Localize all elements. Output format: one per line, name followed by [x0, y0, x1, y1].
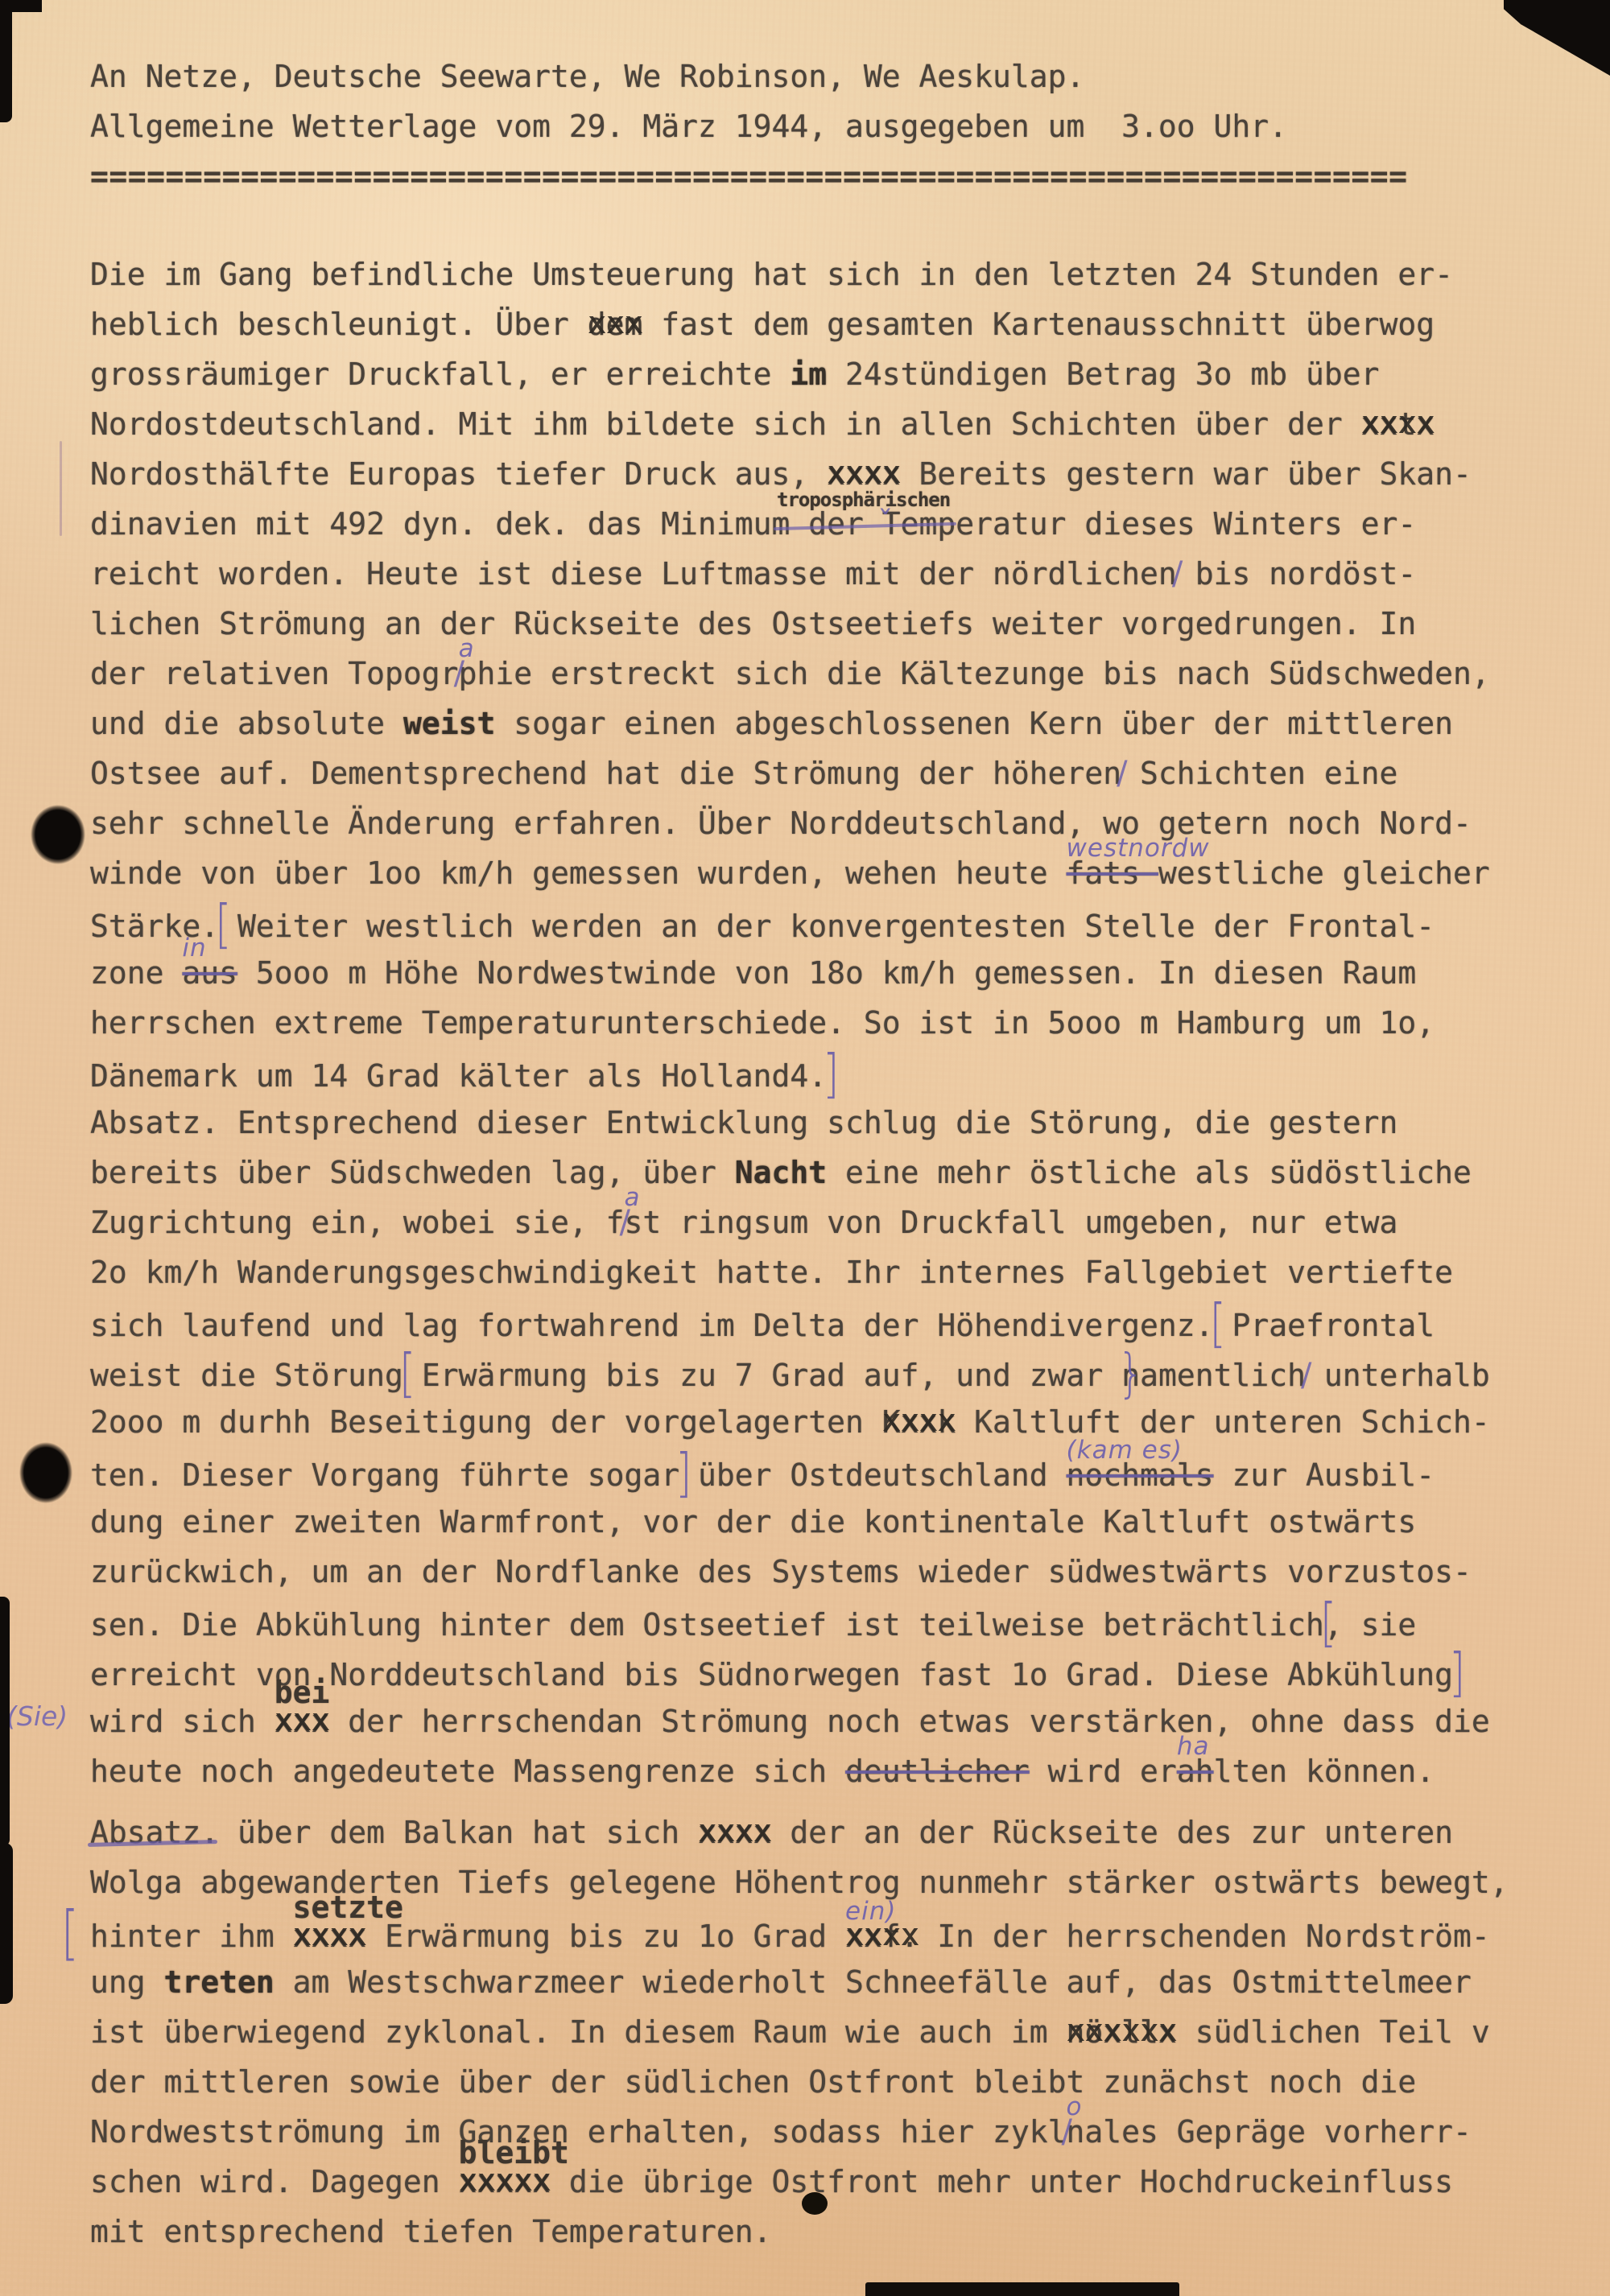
typed-text: 2o km/h Wanderungsgeschwindigkeit hatte.… [90, 1255, 1453, 1290]
typed-text: fast dem gesamten Kartenausschnitt überw… [642, 307, 1435, 342]
document-line: Die im Gang befindliche Umsteuerung hat … [90, 249, 1539, 299]
typed-text: am Westschwarzmeer wiederholt Schneefäll… [275, 1964, 1472, 2000]
document-line: Absatz. Entsprechend dieser Entwicklung … [90, 1098, 1539, 1148]
typed-text: ist überwiegend zyklonal. In diesem Raum… [90, 2014, 1067, 2050]
typed-strikeout: nöxllx [1067, 2007, 1177, 2057]
typed-text: sogar einen abgeschlossenen Kern über de… [495, 706, 1453, 741]
document-line: sehr schnelle Änderung erfahren. Über No… [90, 798, 1539, 848]
typed-text: namentlich [1121, 1358, 1306, 1393]
typed-text: zone [90, 955, 182, 991]
typed-text: zurückwich, um an der Nordflanke des Sys… [90, 1554, 1472, 1589]
typed-text: unterhalb [1306, 1358, 1490, 1393]
document-line: weist die Störung[ Erwärmung bis zu 7 Gr… [90, 1347, 1539, 1397]
document-line: Ostsee auf. Dementsprechend hat die Strö… [90, 748, 1539, 798]
paragraph: Absatz. Entsprechend dieser Entwicklung … [90, 1098, 1539, 1796]
document-line: zurückwich, um an der Nordflanke des Sys… [90, 1547, 1539, 1597]
typed-text: heute noch angedeutete Massengrenze sich [90, 1754, 845, 1789]
document-line: bereits über Südschweden lag, über Nacht… [90, 1148, 1539, 1197]
typed-text: hinter ihm [90, 1919, 293, 1954]
typed-text: Bereits gestern war über Skan- [901, 456, 1472, 492]
typed-text: südlichen Teil v [1177, 2014, 1490, 2050]
typed-text: bis nordöst- [1177, 556, 1416, 592]
typed-text: sich laufend und lag fortwahrend im Delt… [90, 1308, 1214, 1343]
typed-text: über Ostdeutschland [679, 1457, 1066, 1493]
typed-insertion-above-underlined: troposphärischen [777, 475, 950, 525]
typed-text: wird er [1030, 1754, 1177, 1789]
typed-text: Kaltluft der unteren Schich- [956, 1404, 1489, 1440]
typed-strikeout: dem [588, 299, 643, 349]
typed-text: der an der Rückseite des zur unteren [772, 1815, 1453, 1850]
document-line: Absatz. über dem Balkan hat sich xxxx de… [90, 1808, 1539, 1857]
document-line: Nordostdeutschland. Mit ihm bildete sich… [90, 399, 1539, 449]
typed-text: Schichten eine [1121, 756, 1397, 791]
typed-text: st ringsum von Druckfall umgeben, nur et… [624, 1205, 1397, 1240]
document-line: 2ooo m durhh Beseitigung der vorgelagert… [90, 1397, 1539, 1447]
typed-text: dinavien mit 492 dyn. dek. das Minimum d… [90, 506, 882, 542]
scan-edge-artifact [0, 1843, 13, 2004]
typed-text: 2ooo m durhh Beseitigung der vorgelagert… [90, 1404, 882, 1440]
document-line: lichen Strömung an der Rückseite des Ost… [90, 599, 1539, 649]
typed-strikeout: xxf. [845, 1911, 919, 1961]
typed-text: nales Gepräge vorherr- [1067, 2114, 1472, 2150]
typed-text: Erwärmung bis zu 1o Grad [366, 1919, 845, 1954]
typed-text-bold: im [790, 357, 827, 392]
typed-strikeout: xxxxx [459, 2157, 551, 2207]
document-line: der relativen Topogra/phie erstreckt sic… [90, 649, 1539, 699]
document-line: der mittleren sowie über der südlichen O… [90, 2057, 1539, 2107]
document-line: Zugrichtung ein, wobei sie, fa/st ringsu… [90, 1197, 1539, 1247]
document-line: 2o km/h Wanderungsgeschwindigkeit hatte.… [90, 1247, 1539, 1297]
typed-text: heblich beschleunigt. Über [90, 307, 588, 342]
typed-text: lten können. [1214, 1754, 1435, 1789]
document-line: Nordwestströmung im Ganzen erhalten, sod… [90, 2107, 1539, 2157]
typed-text: Ostsee auf. Dementsprechend hat die Strö… [90, 756, 1121, 791]
document-line: heblich beschleunigt. Über dem fast dem … [90, 299, 1539, 349]
typed-text-bold: treten [164, 1964, 275, 2000]
scan-edge-artifact [0, 0, 12, 122]
typed-text: weist die Störung [90, 1358, 403, 1393]
typed-text: In der herrschenden Nordström- [919, 1919, 1490, 1954]
typed-strikeout: xxxx [698, 1808, 772, 1857]
typed-text: Die im Gang befindliche Umsteuerung hat … [90, 257, 1453, 292]
document-line: (Sie)wird sich beixxx der herrschendan S… [90, 1696, 1539, 1746]
typed-text: Nordwestströmung im Ganzen erhalten, sod… [90, 2114, 1067, 2150]
typed-strikeout: Kxxk [882, 1397, 956, 1447]
document-line: reicht worden. Heute ist diese Luftmasse… [90, 549, 1539, 599]
pen-margin-note: (Sie) [6, 1692, 68, 1742]
header-recipients: An Netze, Deutsche Seewarte, We Robinson… [90, 52, 1539, 101]
typed-text: 5ooo m Höhe Nordwestwinde von 18o km/h g… [237, 955, 1416, 991]
typed-text: dung einer zweiten Warmfront, vor der di… [90, 1504, 1416, 1540]
typed-text: Temperatur dieses Winters er- [882, 506, 1416, 542]
typed-text-bold: Nacht [735, 1155, 827, 1190]
document-line: und die absolute weist sogar einen abges… [90, 699, 1539, 748]
typed-text: der mittleren sowie über der südlichen O… [90, 2064, 1416, 2100]
typed-text: Absatz. Entsprechend dieser Entwicklung … [90, 1105, 1397, 1140]
typed-text: herrschen extreme Temperaturunterschiede… [90, 1005, 1435, 1041]
typed-text: , sie [1324, 1607, 1416, 1643]
typed-text: sehr schnelle Änderung erfahren. Über No… [90, 806, 1472, 841]
typed-text: Erwärmung bis zu 7 Grad auf, und zwar [403, 1358, 1121, 1393]
document-line: [hinter ihm setztexxxx Erwärmung bis zu … [90, 1907, 1539, 1957]
typed-text: sen. Die Abkühlung hinter dem Ostseetief… [90, 1607, 1324, 1643]
hole-punch [19, 1442, 72, 1503]
typed-text: grossräumiger Druckfall, er erreichte [90, 357, 790, 392]
document-line: sich laufend und lag fortwahrend im Delt… [90, 1297, 1539, 1347]
typed-text: Dänemark um 14 Grad kälter als Holland4. [90, 1058, 827, 1094]
document-line: zone inaus 5ooo m Höhe Nordwestwinde von… [90, 948, 1539, 998]
typed-text: 24stündigen Betrag 3o mb über [827, 357, 1379, 392]
typed-text: winde von über 1oo km/h gemessen wurden,… [90, 855, 1067, 891]
typed-text: mit entsprechend tiefen Temperaturen. [90, 2214, 771, 2249]
pencil-margin-mark [60, 441, 62, 536]
typed-text: Weiter westlich werden an der konvergent… [219, 909, 1435, 944]
typed-text: Zugrichtung ein, wobei sie, f [90, 1205, 624, 1240]
pen-underlined-text: Absatz. [90, 1815, 219, 1850]
header-title: Allgemeine Wetterlage vom 29. März 1944,… [90, 101, 1539, 151]
typed-text: reicht worden. Heute ist diese Luftmasse… [90, 556, 1177, 592]
typed-text: über dem Balkan hat sich [219, 1815, 698, 1850]
typed-text-bold: weist [403, 706, 495, 741]
document-line: troposphärischendinavien mit 492 dyn. de… [90, 499, 1539, 549]
typed-strikeout: xxxx [293, 1911, 367, 1961]
scan-edge-artifact [0, 1597, 10, 1846]
document-line: winde von über 1oo km/h gemessen wurden,… [90, 848, 1539, 898]
document-line: sen. Die Abkühlung hinter dem Ostseetief… [90, 1597, 1539, 1647]
document-header: An Netze, Deutsche Seewarte, We Robinson… [90, 52, 1539, 201]
document-line: Dänemark um 14 Grad kälter als Holland4.… [90, 1048, 1539, 1098]
pen-strikeout: deutlicher [845, 1754, 1030, 1789]
document-line: ist überwiegend zyklonal. In diesem Raum… [90, 2007, 1539, 2057]
typed-text: die übrige Ostfront mehr unter Hochdruck… [551, 2164, 1453, 2199]
typed-text: ung [90, 1964, 164, 2000]
scan-edge-artifact [865, 2282, 1179, 2296]
document-line: herrschen extreme Temperaturunterschiede… [90, 998, 1539, 1048]
typed-text: Nordosthälfte Europas tiefer Druck aus, [90, 456, 827, 492]
paragraph: Die im Gang befindliche Umsteuerung hat … [90, 249, 1539, 1098]
document-line: ung treten am Westschwarzmeer wiederholt… [90, 1957, 1539, 2007]
paragraph: Absatz. über dem Balkan hat sich xxxx de… [90, 1808, 1539, 2257]
typed-text: schen wird. Dagegen [90, 2164, 459, 2199]
typed-text: wird sich [90, 1704, 275, 1739]
typed-text: zur Ausbil- [1214, 1457, 1435, 1493]
typed-text: und die absolute [90, 706, 403, 741]
hole-punch [31, 805, 85, 864]
typed-text: lichen Strömung an der Rückseite des Ost… [90, 606, 1416, 641]
ink-blot [802, 2192, 828, 2215]
typed-text: der herrschendan Strömung noch etwas ver… [329, 1704, 1489, 1739]
document-line: dung einer zweiten Warmfront, vor der di… [90, 1497, 1539, 1547]
document-body: Die im Gang befindliche Umsteuerung hat … [90, 249, 1539, 2257]
typed-text: Praefrontal [1214, 1308, 1435, 1343]
typed-text: der relativen Topogr [90, 656, 459, 691]
document-line: grossräumiger Druckfall, er erreichte im… [90, 349, 1539, 399]
typed-strikeout: xxtx [1361, 399, 1435, 449]
typed-text: phie erstreckt sich die Kältezunge bis n… [459, 656, 1490, 691]
header-divider-line: ========================================… [90, 151, 1539, 201]
document-line: heute noch angedeutete Massengrenze sich… [90, 1746, 1539, 1796]
typed-text: ten. Dieser Vorgang führte sogar [90, 1457, 679, 1493]
document-line: Stärke.[ Weiter westlich werden an der k… [90, 898, 1539, 948]
document-line: ten. Dieser Vorgang führte sogar] über O… [90, 1447, 1539, 1497]
typed-strikeout: xxx [275, 1696, 330, 1746]
typed-text: eine mehr östliche als südöstliche [827, 1155, 1472, 1190]
typed-text: Nordostdeutschland. Mit ihm bildete sich… [90, 406, 1361, 442]
